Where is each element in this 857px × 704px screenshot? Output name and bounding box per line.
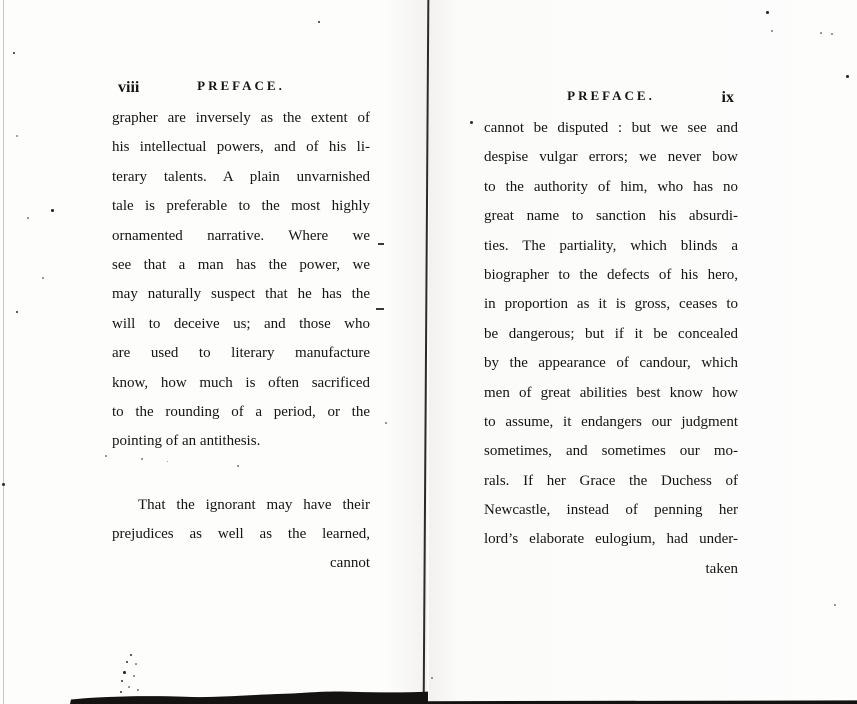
ink-speck <box>431 677 433 679</box>
ink-speck <box>27 217 29 219</box>
text-line: sometimes, and sometimes our mo- <box>484 437 738 466</box>
right-catchword: taken <box>484 555 738 584</box>
ink-speck <box>16 311 18 313</box>
left-running-title: PREFACE. <box>197 78 285 94</box>
ink-speck <box>105 455 107 457</box>
page-right: PREFACE. ix cannot be disputed : but we … <box>429 0 857 704</box>
ink-speck <box>120 691 122 693</box>
ink-dash <box>376 308 384 310</box>
text-line: know, how much is often sacrificed <box>112 369 370 398</box>
text-line: That the ignorant may have their <box>112 491 370 520</box>
text-line: by the appearance of candour, which <box>484 349 738 378</box>
right-page-number: ix <box>722 89 734 107</box>
text-line: will to deceive us; and those who <box>112 310 370 339</box>
ink-speck <box>130 654 132 656</box>
text-line: biographer to the defects of his hero, <box>484 261 738 290</box>
ink-speck <box>126 661 128 663</box>
ink-speck <box>16 135 18 137</box>
ink-speck <box>318 21 320 23</box>
ink-speck-bullet <box>470 121 473 124</box>
text-line: to assume, it endangers our judgment <box>484 408 738 437</box>
text-line: ties. The partiality, which blinds a <box>484 232 738 261</box>
text-lines: grapher are inversely as the extent ofhi… <box>112 104 370 549</box>
ink-speck <box>237 465 239 467</box>
text-line: ornamented narrative. Where we <box>112 222 370 251</box>
ink-speck <box>766 11 769 14</box>
text-line: tale is preferable to the most highly <box>112 192 370 221</box>
text-line: be dangerous; but if it be concealed <box>484 320 738 349</box>
ink-speck <box>2 483 5 486</box>
ink-speck <box>128 686 130 688</box>
page-left: viii PREFACE. grapher are inversely as t… <box>0 0 427 704</box>
left-scan-edge-line <box>3 0 4 704</box>
left-page-header: viii PREFACE. <box>112 78 370 100</box>
ink-speck <box>137 689 139 691</box>
ink-speck <box>385 422 387 424</box>
text-lines: cannot be disputed : but we see anddespi… <box>484 114 738 555</box>
text-line: men of great abilities best know how <box>484 379 738 408</box>
text-line: Newcastle, instead of penning her <box>484 496 738 525</box>
text-line: rals. If her Grace the Duchess of <box>484 467 738 496</box>
text-line: pointing of an antithesis. <box>112 427 370 456</box>
text-line: prejudices as well as the learned, <box>112 520 370 549</box>
text-line: may naturally suspect that he has the <box>112 280 370 309</box>
bottom-scan-artifact-band <box>0 688 857 704</box>
ink-speck <box>121 680 123 682</box>
ink-speck <box>846 75 849 78</box>
ink-speck <box>135 663 137 665</box>
text-line: great name to sanction his absurdi- <box>484 202 738 231</box>
text-line: in proportion as it is gross, ceases to <box>484 290 738 319</box>
book-scan: viii PREFACE. grapher are inversely as t… <box>0 0 857 704</box>
text-line: are used to literary manufacture <box>112 339 370 368</box>
ink-dash <box>378 243 384 245</box>
text-line: grapher are inversely as the extent of <box>112 104 370 133</box>
text-line: his intellectual powers, and of his li- <box>112 133 370 162</box>
left-catchword: cannot <box>112 549 370 578</box>
text-line: to the authority of him, who has no <box>484 173 738 202</box>
text-line: terary talents. A plain unvarnished <box>112 163 370 192</box>
ink-speck <box>133 675 135 677</box>
ink-speck <box>834 604 836 606</box>
ink-speck <box>831 33 833 35</box>
text-line: cannot be disputed : but we see and <box>484 114 738 143</box>
ink-speck <box>771 30 773 32</box>
ink-speck <box>820 32 822 34</box>
ink-speck <box>51 209 54 212</box>
ink-speck <box>141 458 143 460</box>
ink-speck <box>13 52 15 54</box>
ink-speck <box>42 277 44 279</box>
right-page-header: PREFACE. ix <box>484 88 738 110</box>
left-text-block: viii PREFACE. grapher are inversely as t… <box>112 78 370 579</box>
text-line: lord’s elaborate eulogium, had under- <box>484 525 738 554</box>
ink-speck <box>123 671 126 674</box>
text-line: despise vulgar errors; we never bow <box>484 143 738 172</box>
right-text-block: PREFACE. ix cannot be disputed : but we … <box>484 88 738 584</box>
text-line: to the rounding of a period, or the <box>112 398 370 427</box>
left-page-number: viii <box>118 79 139 97</box>
right-running-title: PREFACE. <box>567 88 655 104</box>
text-line: see that a man has the power, we <box>112 251 370 280</box>
